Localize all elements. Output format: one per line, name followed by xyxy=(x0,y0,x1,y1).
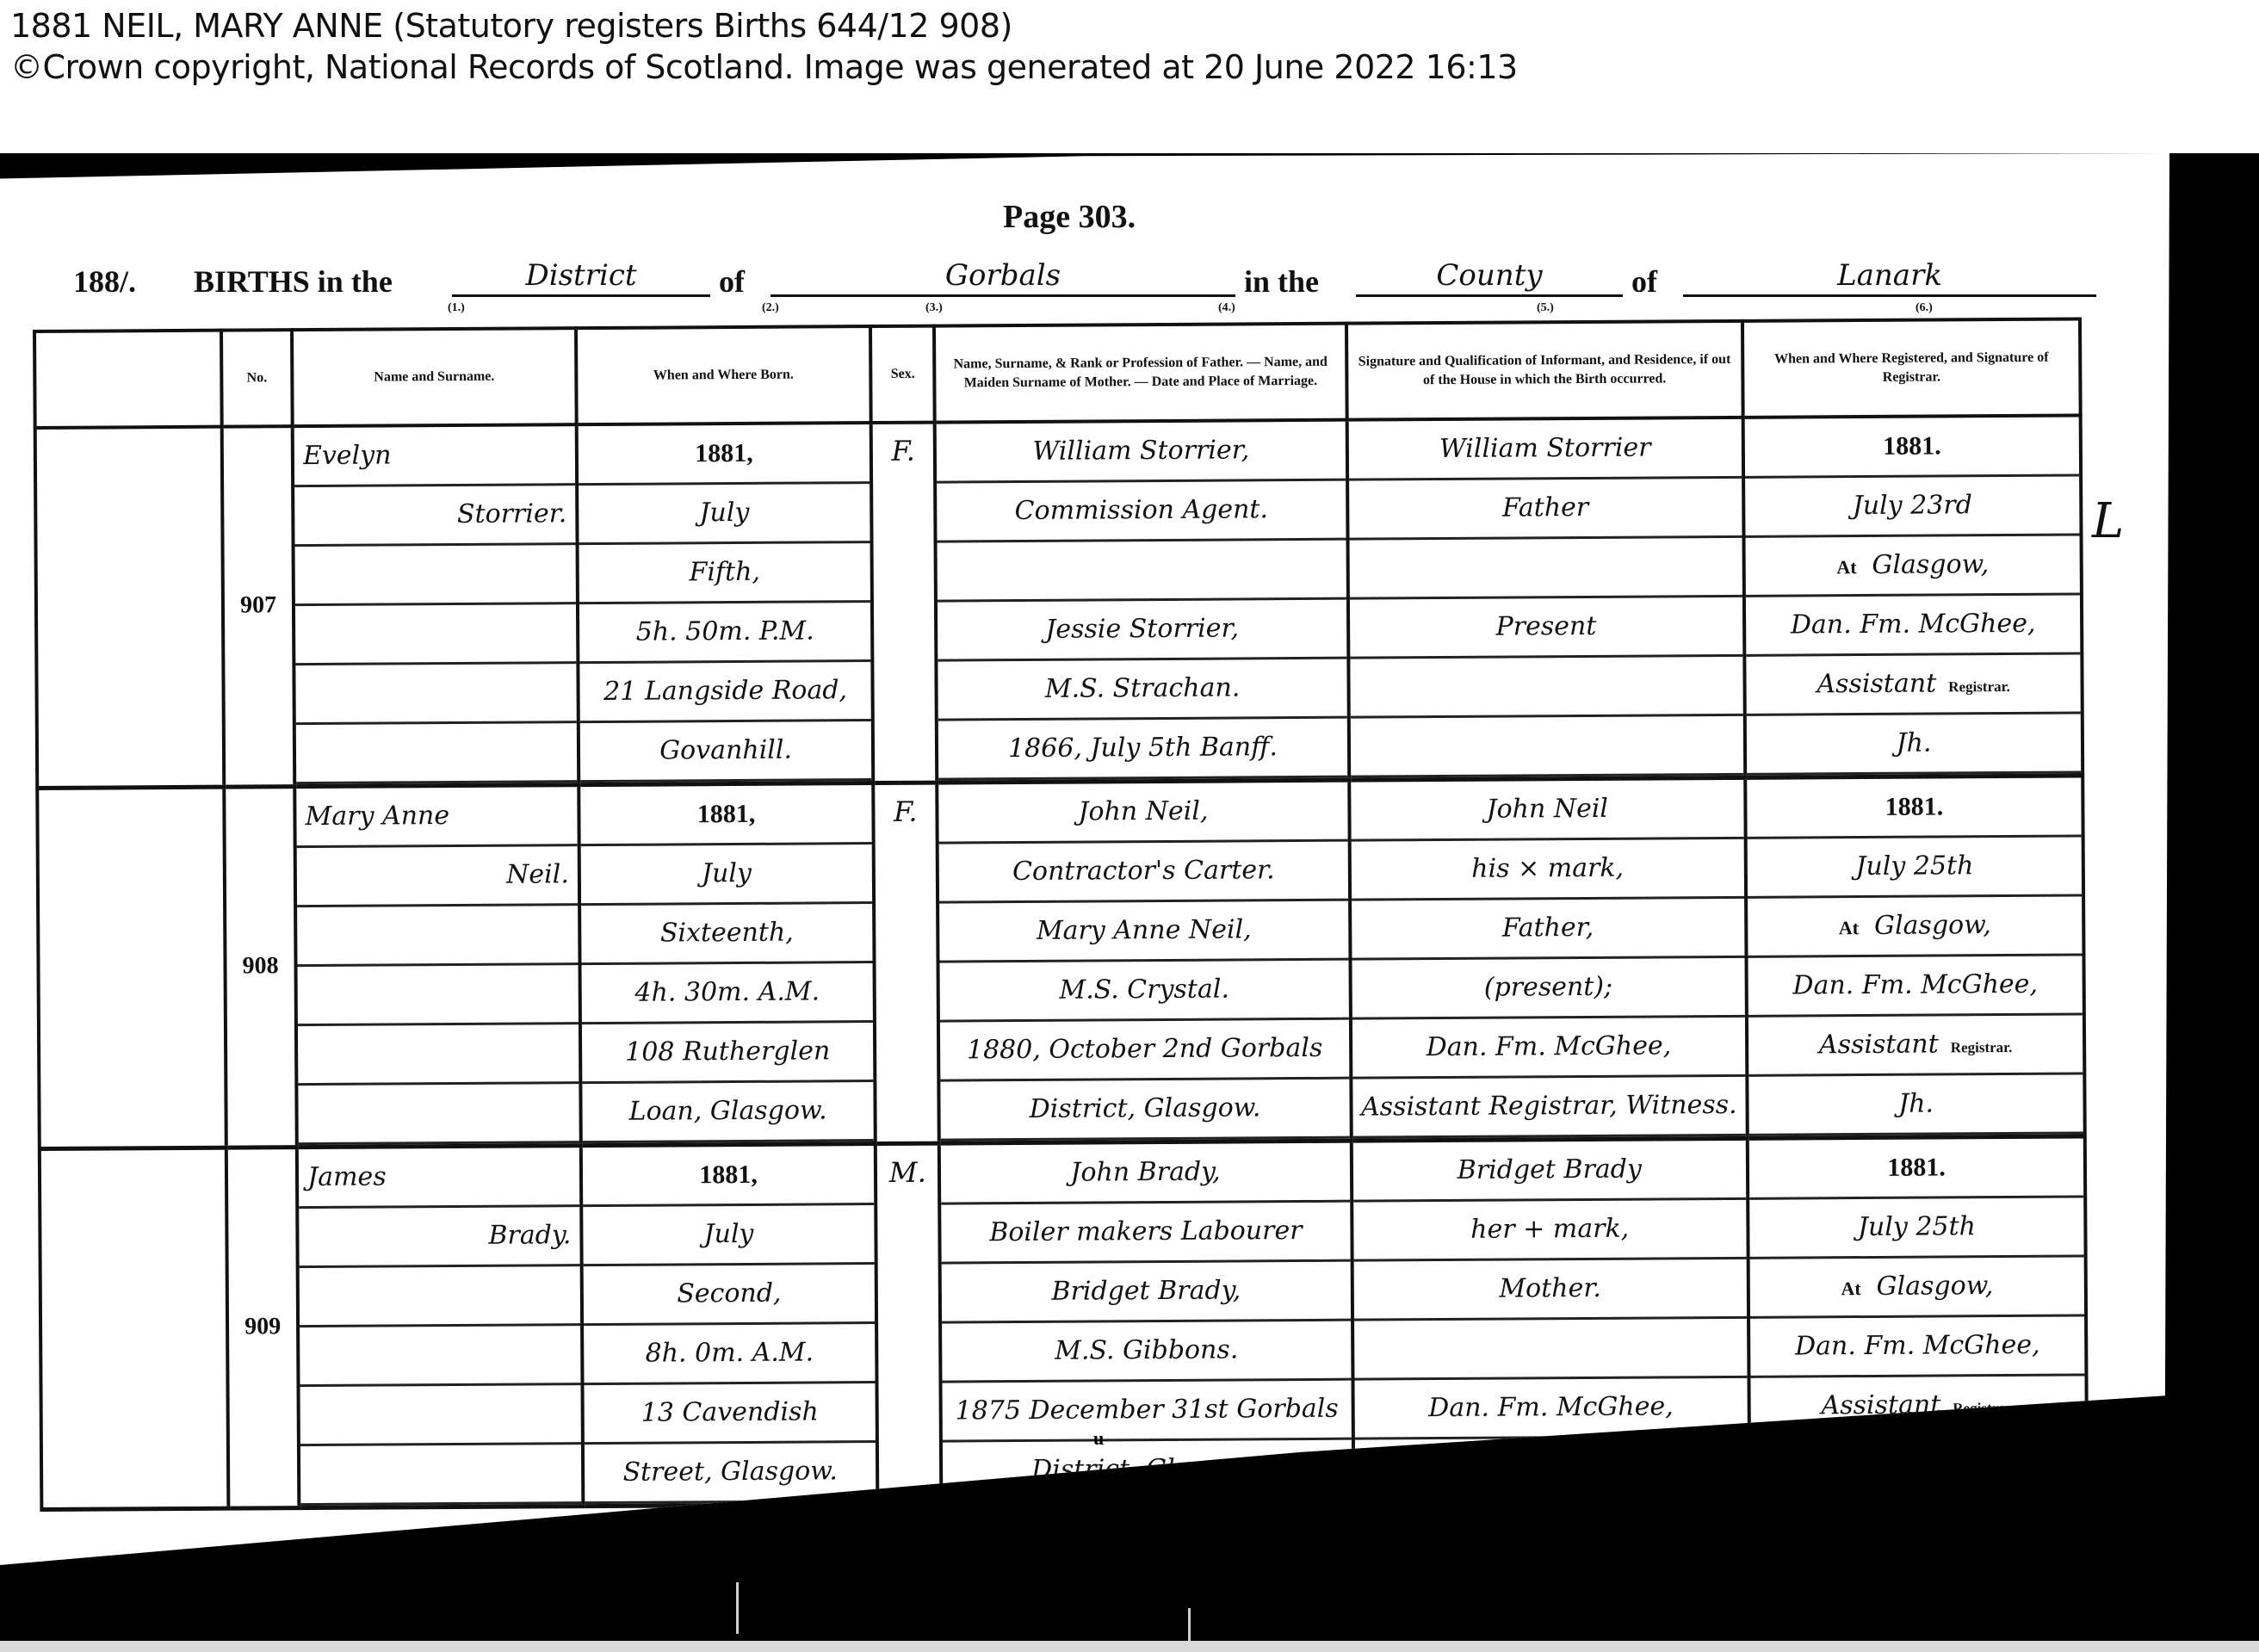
margin-column-header xyxy=(34,331,222,428)
column-header-registered: When and Where Registered, and Signature… xyxy=(1742,319,2081,417)
copyright-notice: ©Crown copyright, National Records of Sc… xyxy=(10,46,1518,88)
footer-mark: u xyxy=(1093,1427,1104,1450)
cell-line: Govanhill. xyxy=(580,721,872,783)
cell-line: Present xyxy=(1349,597,1742,659)
cell-line: AssistantRegistrar. xyxy=(1751,1376,2085,1437)
cell-line: 1881. xyxy=(1747,777,2081,838)
registrar-label: Registrar. xyxy=(1941,1445,2032,1470)
cell-line: 1881. xyxy=(1749,1138,2083,1199)
cell-line: Commission Agent. xyxy=(938,481,1346,543)
child-name-cell: JamesBrady. xyxy=(297,1146,583,1508)
table-row: 908Mary AnneNeil.1881,JulySixteenth,4h. … xyxy=(37,776,2085,1149)
margin-cell xyxy=(37,787,226,1148)
cell-line: Second, xyxy=(584,1265,876,1326)
blank-line xyxy=(300,1385,581,1446)
blank-line xyxy=(298,1024,579,1086)
cell-line: Bridget Brady xyxy=(1352,1141,1746,1203)
heading-year: 188/. xyxy=(73,263,136,300)
sex-value: F. xyxy=(876,795,936,828)
cell-line xyxy=(938,541,1346,603)
birth-when-where-cell: 1881,JulySecond,8h. 0m. A.M.13 Cavendish… xyxy=(581,1144,878,1507)
cell-line: 13 Cavendish xyxy=(584,1383,876,1445)
cell-line xyxy=(1350,716,1743,778)
record-title: 1881 NEIL, MARY ANNE (Statutory register… xyxy=(10,5,1518,46)
birth-when-where-cell: 1881,JulySixteenth,4h. 30m. A.M.108 Ruth… xyxy=(579,783,876,1146)
blank-line xyxy=(295,545,576,606)
column-header-name: Name and Surname. xyxy=(292,328,576,426)
heading-births-label: BIRTHS in the xyxy=(194,263,393,300)
cell-line: Jh. xyxy=(1751,1435,2085,1496)
cell-line: July 25th xyxy=(1748,837,2082,898)
image-caption: 1881 NEIL, MARY ANNE (Statutory register… xyxy=(10,5,1518,88)
sex-value: F. xyxy=(873,435,933,467)
cell-line: Boiler makers Labourer xyxy=(942,1203,1350,1265)
column-header-no: No. xyxy=(221,330,293,426)
sex-cell: M. xyxy=(876,1143,942,1504)
at-label: At xyxy=(1836,556,1856,578)
blank-line xyxy=(298,965,579,1026)
registrar-label: Registrar. xyxy=(1948,678,2010,695)
margin-cell xyxy=(35,427,225,789)
column-header-sex: Sex. xyxy=(870,326,935,423)
sex-cell: F. xyxy=(871,423,938,783)
cell-line: July xyxy=(581,845,873,906)
registration-cell: 1881.July 23rdAtGlasgow,Dan. Fm. McGhee,… xyxy=(1743,415,2083,777)
cell-line: 1880, October 2nd Gorbals xyxy=(940,1020,1348,1082)
cell-line: July 25th xyxy=(1749,1197,2083,1259)
births-register-table: No. Name and Surname. When and Where Bor… xyxy=(33,317,2089,1512)
cell-line: 1881, xyxy=(583,1146,875,1207)
cell-line: 1866, July 5th Banff. xyxy=(938,719,1346,781)
blank-line xyxy=(296,664,577,725)
entry-number: 908 xyxy=(226,952,294,980)
register-heading: 188/. BIRTHS in the District of Gorbals … xyxy=(73,257,2139,308)
table-header-row: No. Name and Surname. When and Where Bor… xyxy=(34,319,2081,428)
cell-line: Bridget Brady, xyxy=(942,1262,1350,1324)
cell-line: Mary Anne xyxy=(296,787,577,848)
registrar-signature: Lieut. McDougall xyxy=(1300,1453,1920,1494)
column-header-born: When and Where Born. xyxy=(576,326,871,424)
margin-annotation: L xyxy=(2092,493,2124,549)
cell-line: 8h. 0m. A.M. xyxy=(584,1324,876,1385)
blank-line xyxy=(297,906,578,967)
cell-line: Neil. xyxy=(297,846,578,907)
cell-line: Brady. xyxy=(299,1207,579,1268)
blank-line xyxy=(298,1084,579,1145)
column-index: (3.) xyxy=(925,301,943,315)
table-row: 909JamesBrady.1881,JulySecond,8h. 0m. A.… xyxy=(40,1136,2088,1510)
cell-line: Mary Anne Neil, xyxy=(940,901,1348,963)
column-header-parents: Name, Surname, & Rank or Profession of F… xyxy=(934,324,1346,423)
cell-line: John Neil xyxy=(1351,780,1744,842)
cell-line: Dan. Fm. McGhee, xyxy=(1352,1018,1745,1080)
cell-line: M.S. Strachan. xyxy=(938,659,1346,721)
cell-line: M.S. Crystal. xyxy=(940,961,1348,1023)
margin-cell xyxy=(40,1148,229,1509)
heading-of-label: of xyxy=(719,263,745,300)
division-name-field: Gorbals xyxy=(771,257,1235,297)
entry-number-cell: 907 xyxy=(222,426,295,787)
scan-artifact xyxy=(1188,1608,1191,1641)
cell-line: William Storrier xyxy=(1348,419,1742,481)
informant-cell: William StorrierFatherPresent xyxy=(1346,418,1745,780)
cell-line: 1881, xyxy=(580,785,872,846)
parents-cell: John Brady,Boiler makers LabourerBridget… xyxy=(939,1141,1353,1504)
registration-cell: 1881.July 25thAtGlasgow,Dan. Fm. McGhee,… xyxy=(1745,776,2084,1138)
column-header-informant: Signature and Qualification of Informant… xyxy=(1346,321,1742,420)
cell-line: 1875 December 31st Gorbals xyxy=(943,1381,1351,1443)
cell-line: her + mark, xyxy=(1353,1200,1747,1262)
blank-line xyxy=(295,604,576,665)
cell-line: Father xyxy=(1349,479,1742,541)
cell-line: James xyxy=(299,1148,579,1209)
cell-line: July xyxy=(583,1205,875,1266)
cell-line: Street, Glasgow. xyxy=(585,1443,876,1504)
cell-line: Assistant Registrar, Witness. xyxy=(1354,1438,1748,1500)
column-index: (4.) xyxy=(1218,301,1235,315)
scan-artifact xyxy=(736,1582,739,1634)
cell-line: Storrier. xyxy=(294,486,575,547)
entry-number: 907 xyxy=(225,591,292,619)
parents-cell: William Storrier,Commission Agent.Jessie… xyxy=(935,420,1349,783)
cell-line: Dan. Fm. McGhee, xyxy=(1750,1316,2084,1377)
registrar-label: Registrar. xyxy=(1951,1039,2013,1055)
cell-line: William Storrier, xyxy=(937,422,1345,484)
blank-line xyxy=(300,1326,580,1387)
child-name-cell: Mary AnneNeil. xyxy=(294,785,580,1148)
column-index: (6.) xyxy=(1916,301,1933,315)
register-page: Page 303. 188/. BIRTHS in the District o… xyxy=(0,153,2169,1565)
cell-line: Mother. xyxy=(1353,1259,1747,1321)
column-index: (1.) xyxy=(448,301,465,315)
informant-cell: John Neilhis × mark,Father,(present);Dan… xyxy=(1349,777,1748,1141)
sex-value: M. xyxy=(877,1156,938,1189)
parents-cell: John Neil,Contractor's Carter.Mary Anne … xyxy=(938,780,1352,1143)
blank-line xyxy=(296,723,577,784)
cell-line xyxy=(1354,1319,1748,1381)
cell-line: 1881. xyxy=(1745,417,2079,478)
cell-line: July 23rd xyxy=(1745,476,2079,537)
cell-line xyxy=(1349,538,1742,600)
cell-line: 108 Rutherglen xyxy=(582,1023,874,1084)
cell-line: AtGlasgow, xyxy=(1746,535,2080,597)
cell-line: Dan. Fm. McGhee, xyxy=(1748,956,2083,1017)
column-index: (5.) xyxy=(1537,301,1554,315)
cell-line: Loan, Glasgow. xyxy=(582,1082,874,1143)
entry-number-cell: 908 xyxy=(224,787,297,1148)
at-label: At xyxy=(1839,917,1859,938)
cell-line: (present); xyxy=(1352,958,1745,1020)
sex-cell: F. xyxy=(873,783,939,1143)
child-name-cell: EvelynStorrier. xyxy=(293,424,579,787)
cell-line: M.S. Gibbons. xyxy=(943,1321,1351,1383)
cell-line: John Neil, xyxy=(939,783,1347,845)
at-label: At xyxy=(1841,1278,1860,1299)
entry-number-cell: 909 xyxy=(226,1148,300,1508)
birth-when-where-cell: 1881,JulyFifth,5h. 50m. P.M.21 Langside … xyxy=(577,423,874,785)
cell-line: 4h. 30m. A.M. xyxy=(581,963,873,1024)
cell-line: AssistantRegistrar. xyxy=(1746,654,2080,715)
page-number: Page 303. xyxy=(1003,198,1136,236)
registrar-label: Registrar. xyxy=(1953,1400,2015,1416)
cell-line: Jh. xyxy=(1748,1074,2083,1135)
cell-line: District, Glasgow. xyxy=(943,1440,1351,1502)
cell-line: 5h. 50m. P.M. xyxy=(579,603,871,664)
cell-line: District, Glasgow. xyxy=(941,1080,1349,1142)
cell-line: Assistant Registrar, Witness. xyxy=(1352,1077,1746,1139)
division-type-field: District xyxy=(452,257,710,297)
cell-line: John Brady, xyxy=(941,1143,1349,1205)
cell-line: Contractor's Carter. xyxy=(939,842,1347,904)
cell-line: Evelyn xyxy=(294,426,575,487)
informant-cell: Bridget Bradyher + mark,Mother.Dan. Fm. … xyxy=(1351,1138,1749,1501)
table-row: 907EvelynStorrier.1881,JulyFifth,5h. 50m… xyxy=(35,415,2083,788)
entry-number: 909 xyxy=(229,1313,296,1340)
cell-line: his × mark, xyxy=(1351,839,1744,901)
cell-line: 21 Langside Road, xyxy=(579,662,871,723)
cell-line xyxy=(1350,657,1743,719)
viewer-bottom-strip xyxy=(0,1641,2259,1652)
cell-line: AssistantRegistrar. xyxy=(1748,1015,2083,1076)
area-name-field: Lanark xyxy=(1683,257,2096,297)
column-index: (2.) xyxy=(762,301,779,315)
cell-line: Jh. xyxy=(1747,714,2081,775)
cell-line: Fifth, xyxy=(579,543,870,604)
cell-line: Dan. Fm. McGhee, xyxy=(1354,1378,1748,1440)
area-type-field: County xyxy=(1356,257,1623,297)
cell-line: Jessie Storrier, xyxy=(938,600,1346,662)
registration-cell: 1881.July 25thAtGlasgow,Dan. Fm. McGhee,… xyxy=(1748,1136,2087,1499)
blank-line xyxy=(300,1445,581,1506)
cell-line: Sixteenth, xyxy=(581,904,873,965)
cell-line: July xyxy=(579,484,870,545)
cell-line: 1881, xyxy=(579,424,870,486)
scanned-register-image: Page 303. 188/. BIRTHS in the District o… xyxy=(0,153,2259,1641)
heading-in-the-label: in the xyxy=(1244,263,1319,300)
heading-of-label-2: of xyxy=(1631,263,1657,300)
cell-line: AtGlasgow, xyxy=(1748,896,2082,957)
cell-line: Father, xyxy=(1352,899,1745,961)
blank-line xyxy=(300,1266,580,1327)
cell-line: AtGlasgow, xyxy=(1750,1257,2084,1318)
cell-line: Dan. Fm. McGhee, xyxy=(1746,595,2080,656)
